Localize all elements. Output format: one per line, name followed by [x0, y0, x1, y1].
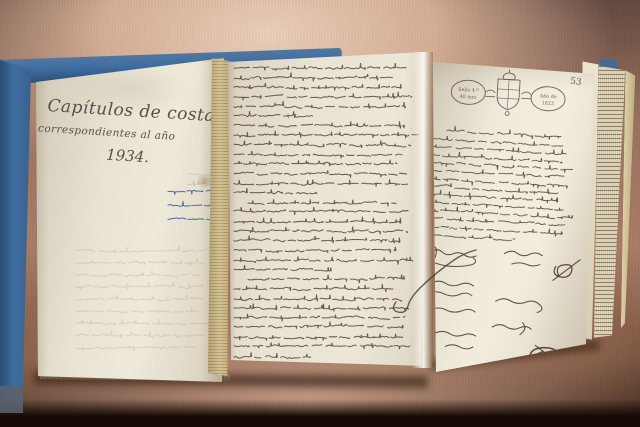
page-edge-with-text: [594, 66, 626, 338]
stamp-right-text2: 1823: [542, 100, 555, 107]
bleed-through-writing: [74, 245, 224, 365]
cover-page: Capítulos de costas correspondientes al …: [28, 55, 228, 385]
blue-folder-corner: [0, 386, 23, 413]
table-edge-shadow: [0, 399, 640, 427]
cover-title-year: 1934.: [36, 141, 219, 170]
crown-icon: [503, 69, 516, 80]
folio-number: 53: [569, 77, 582, 88]
page-curl-highlight: [412, 52, 433, 368]
stamp-left-text1: Sello 4.º: [458, 87, 479, 94]
manuscript-page-right: Sello 4.º 40 mrs Año de 1823: [424, 46, 602, 378]
right-page-content: Sello 4.º 40 mrs Año de 1823: [407, 45, 603, 386]
cover-title-line1: Capítulos de costas: [47, 96, 222, 127]
stamp-right-text1: Año de: [539, 92, 557, 100]
signature-flourish: [390, 238, 482, 316]
manuscript-handwriting: [232, 60, 424, 366]
archive-photo: Capítulos de costas correspondientes al …: [0, 0, 640, 427]
right-page-handwriting: [425, 125, 583, 251]
fiscal-stamp: Sello 4.º 40 mrs Año de 1823: [448, 64, 569, 126]
coat-of-arms-shield: [496, 79, 520, 116]
cover-title-line2: correspondientes al año: [38, 122, 220, 145]
cover-title: Capítulos de costas correspondientes al …: [36, 96, 222, 171]
stamp-left-text2: 40 mrs: [459, 94, 477, 101]
